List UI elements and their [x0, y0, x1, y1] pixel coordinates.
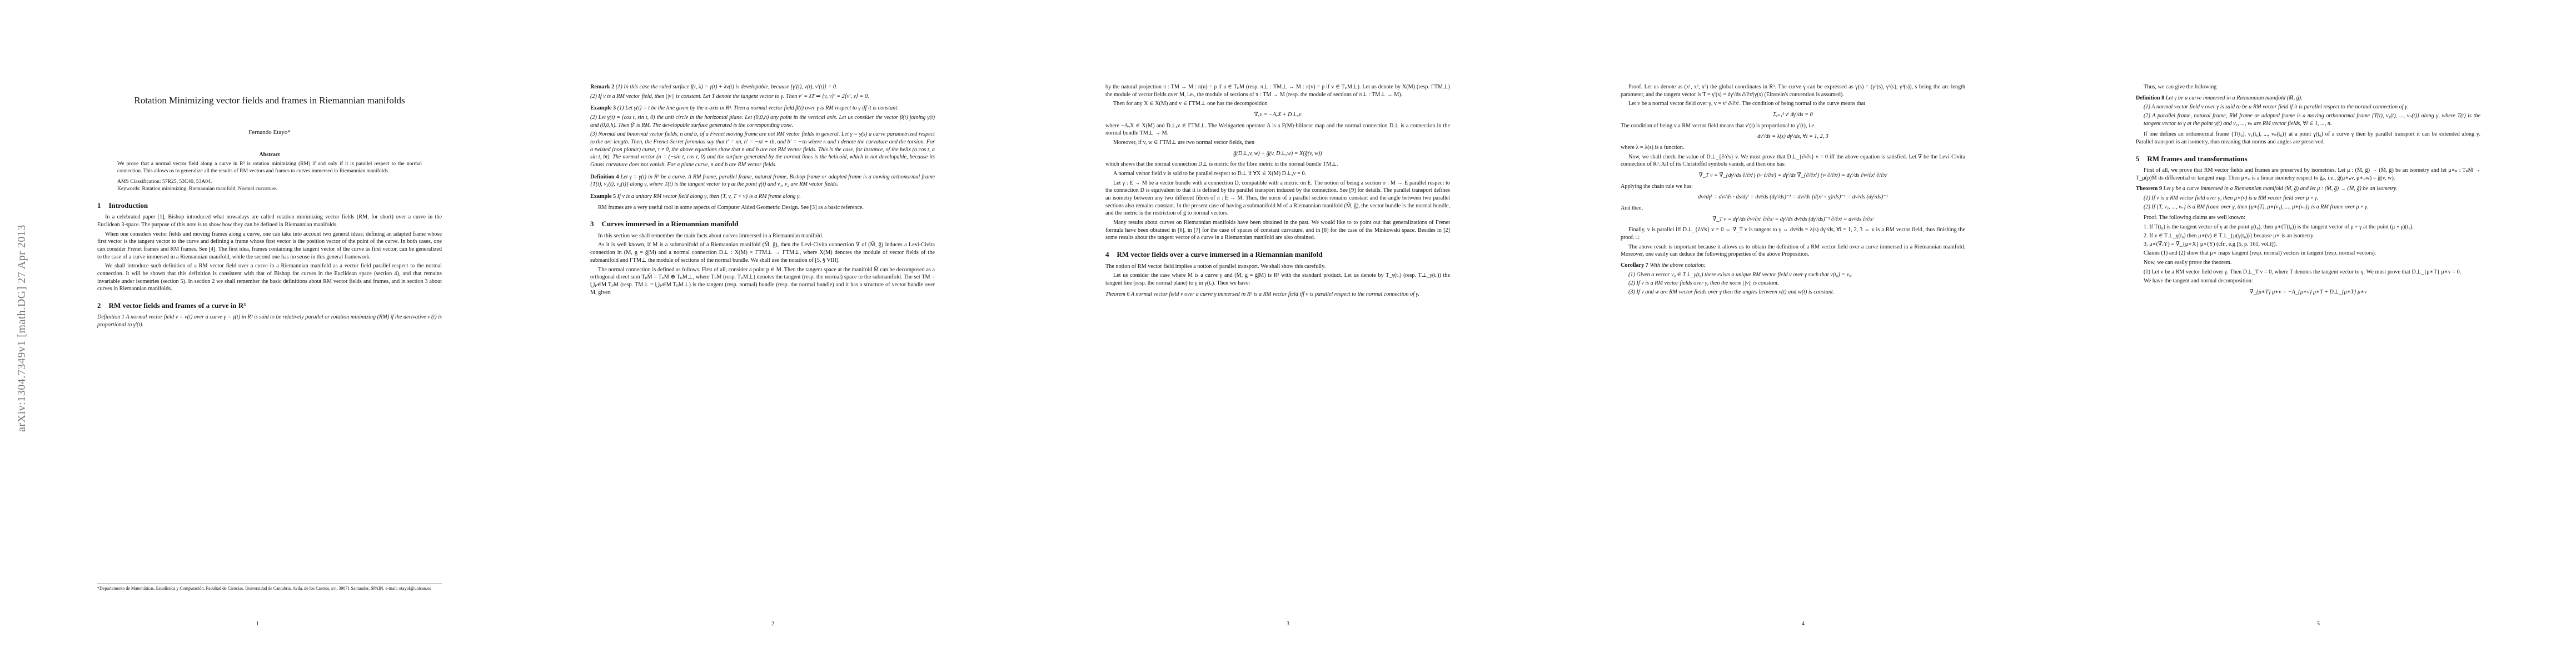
page-3: by the natural projection π : TM → M : π… [1030, 0, 1546, 667]
footnote: *Departamento de Matemáticas, Estadístic… [97, 584, 442, 591]
page-number: 2 [515, 621, 1030, 627]
theorem-9: Theorem 9 Let γ be a curve immersed in a… [2136, 185, 2480, 193]
section-heading: 5RM frames and transformations [2136, 154, 2480, 163]
page-number: 4 [1546, 621, 2061, 627]
example-3-item: (3) Normal and binormal vector fields, n… [590, 131, 935, 168]
page-1: arXiv:1304.7349v1 [math.DG] 27 Apr 2013 … [0, 0, 515, 667]
corollary-7: Corollary 7 With the above notation: [1621, 262, 1965, 270]
list-item: 2. If v ∈ T⊥_γ(t₀) then μ∗(v) ∈ T⊥_{μ(γ(… [2144, 232, 2480, 240]
ams-classification: AMS Classification: 57R25, 53C40, 53A04. [117, 178, 422, 186]
equation: ḡ(D⊥ₓv, w) + ḡ(v, D⊥ₓw) = X(ḡ(v, w)) [1105, 150, 1450, 158]
paragraph: In this section we shall remember the ma… [590, 232, 935, 240]
equation: dvʲ/dγⁱ = dvʲ/ds · ds/dγⁱ = dvʲ/ds (dγⁱ/… [1621, 193, 1965, 201]
paragraph: RM frames are a very useful tool in some… [590, 204, 935, 212]
page-number: 5 [2061, 621, 2576, 627]
paragraph: The notion of RM vector field implies a … [1105, 263, 1450, 271]
equation: ∇̄_{μ∗T} μ∗v = −A_{μ∗v} μ∗T + D⊥_{μ∗T} μ… [2136, 288, 2480, 296]
equation: Σᵢ₌₁³ vⁱ dγⁱ/ds = 0 [1621, 111, 1965, 119]
example-5: Example 5 If v is a unitary RM vector fi… [590, 193, 935, 201]
paragraph: A normal vector field v is said to be pa… [1105, 170, 1450, 178]
definition-8: Definition 8 Let γ be a curve immersed i… [2136, 94, 2480, 102]
list-item: (2) A parallel frame, natural frame, RM … [2144, 112, 2480, 127]
paragraph: Then for any X ∈ X(M) and v ∈ ΓTM⊥ one h… [1105, 100, 1450, 108]
equation: dvⁱ/ds = λ(s) dγⁱ/ds, ∀i = 1, 2, 3 [1621, 133, 1965, 141]
list-item: (1) A normal vector field v over γ is sa… [2144, 103, 2480, 111]
paragraph: Let γ : E → M be a vector bundle with a … [1105, 180, 1450, 217]
paragraph: Proof. Let us denote as (x¹, x², x³) the… [1621, 83, 1965, 98]
section-heading: 2RM vector fields and frames of a curve … [97, 301, 442, 310]
paragraph: We shall introduce such definition of a … [97, 262, 442, 293]
paragraph: which shows that the normal connection D… [1105, 161, 1450, 168]
theorem-6: Theorem 6 A normal vector field v over a… [1105, 291, 1450, 298]
arxiv-stamp: arXiv:1304.7349v1 [math.DG] 27 Apr 2013 [13, 200, 30, 456]
paragraph: Many results about curves on Riemannian … [1105, 219, 1450, 242]
paragraph: Claims (1) and (2) show that μ∗ maps tan… [2136, 250, 2480, 257]
paper-title: Rotation Minimizing vector fields and fr… [97, 94, 442, 107]
page-5-body: Thus, we can give the following Definiti… [2136, 83, 2480, 300]
page-3-body: by the natural projection π : TM → M : π… [1105, 83, 1450, 300]
equation: ∇̄_T v = ∇̄_{dγⁱ/ds ∂/∂xⁱ} (vʲ ∂/∂xʲ) = … [1621, 172, 1965, 180]
equation: ∇̄ₓv = −AᵥX + D⊥ₓv [1105, 111, 1450, 119]
paragraph: where −AᵥX ∈ X(M) and D⊥ₓv ∈ ΓTM⊥. The W… [1105, 122, 1450, 137]
page-2: Remark 2 (1) In this case the ruled surf… [515, 0, 1030, 667]
paragraph: The above result is important because it… [1621, 243, 1965, 258]
paragraph: Let us consider the case where M is a cu… [1105, 272, 1450, 287]
paragraph: Moreover, if v, w ∈ ΓTM⊥ are two normal … [1105, 139, 1450, 147]
example-3-item: (2) Let γ(t) = (cos t, sin t, 0) the uni… [590, 114, 935, 129]
list-item: 3. μ∗(∇̄ₓY) = ∇̄_{μ∗X} μ∗(Y) (cfr., e.g … [2144, 241, 2480, 248]
abstract-heading: Abstract [97, 151, 442, 158]
paragraph: Now, we can easily prove the theorem. [2136, 259, 2480, 267]
paragraph: Now, we shall check the value of D⊥_{∂/∂… [1621, 153, 1965, 168]
paragraph: The normal connection is defined as foll… [590, 266, 935, 297]
list-item: (2) If v is a RM vector fields over γ, t… [1628, 280, 1965, 287]
page-2-body: Remark 2 (1) In this case the ruled surf… [590, 83, 935, 298]
paragraph: And then, [1621, 205, 1965, 212]
list-item: (3) If v and w are RM vector fields over… [1628, 288, 1965, 296]
paragraph: As it is well known, if M is a submanifo… [590, 241, 935, 264]
list-item: 1. If T(t₀) is the tangent vector of γ a… [2144, 223, 2480, 231]
equation: ∇̄_T v = dγⁱ/ds ∂vʲ/∂xⁱ ∂/∂xʲ = dγⁱ/ds d… [1621, 216, 1965, 223]
page-1-body: Abstract We prove that a normal vector f… [97, 131, 442, 331]
list-item: (2) If {T, v₁, ..., vₙ} is a RM frame ov… [2144, 203, 2480, 211]
paragraph: Thus, we can give the following [2136, 83, 2480, 91]
remark-2: Remark 2 (1) In this case the ruled surf… [590, 83, 935, 91]
page-5: Thus, we can give the following Definiti… [2061, 0, 2576, 667]
definition-1: Definition 1 A normal vector field v = v… [97, 313, 442, 328]
example-3: Example 3 (1) Let γ(t) = t be the line g… [590, 104, 935, 112]
paragraph: Applying the chain rule we has: [1621, 183, 1965, 191]
list-item: (1) If v is a RM vector field over γ, th… [2144, 195, 2480, 202]
remark-2-item: (2) If v is a RM vector field, then ||v|… [590, 93, 935, 101]
paragraph: When one considers vector fields and mov… [97, 231, 442, 261]
section-heading: 4RM vector fields over a curve immersed … [1105, 250, 1450, 259]
paragraph: by the natural projection π : TM → M : π… [1105, 83, 1450, 98]
paragraph: Let v be a normal vector field over γ, v… [1621, 100, 1965, 108]
proof-intro: Proof. The following claims are well kno… [2136, 214, 2480, 222]
section-heading: 1Introduction [97, 201, 442, 210]
paragraph: where λ = λ(s) is a function. [1621, 144, 1965, 152]
paragraph: If one defines an orthonormal frame {T(t… [2136, 131, 2480, 146]
page-4-body: Proof. Let us denote as (x¹, x², x³) the… [1621, 83, 1965, 297]
page-number: 3 [1030, 621, 1546, 627]
list-item: (1) Given a vector v₀ ∈ T⊥_γ(tₒ) there e… [1628, 271, 1965, 279]
paragraph: We have the tangent and normal decomposi… [2136, 277, 2480, 285]
page-4: Proof. Let us denote as (x¹, x², x³) the… [1546, 0, 2061, 667]
paragraph: (1) Let v be a RM vector field over γ. T… [2136, 268, 2480, 276]
paragraph: Finally, v is parallel iff D⊥_{∂/∂s} v =… [1621, 226, 1965, 241]
section-heading: 3Curves immersed in a Riemannian manifol… [590, 219, 935, 228]
abstract-text: We prove that a normal vector field alon… [117, 161, 422, 175]
page-number: 1 [0, 621, 515, 627]
paragraph: The condition of being v a RM vector fie… [1621, 122, 1965, 130]
paragraph: First of all, we prove that RM vector fi… [2136, 167, 2480, 182]
keywords: Keywords: Rotation minimizing, Riemannia… [117, 186, 422, 193]
definition-4: Definition 4 Let γ = γ(t) in R³ be a cur… [590, 173, 935, 188]
paragraph: In a celebrated paper [1], Bishop introd… [97, 213, 442, 228]
